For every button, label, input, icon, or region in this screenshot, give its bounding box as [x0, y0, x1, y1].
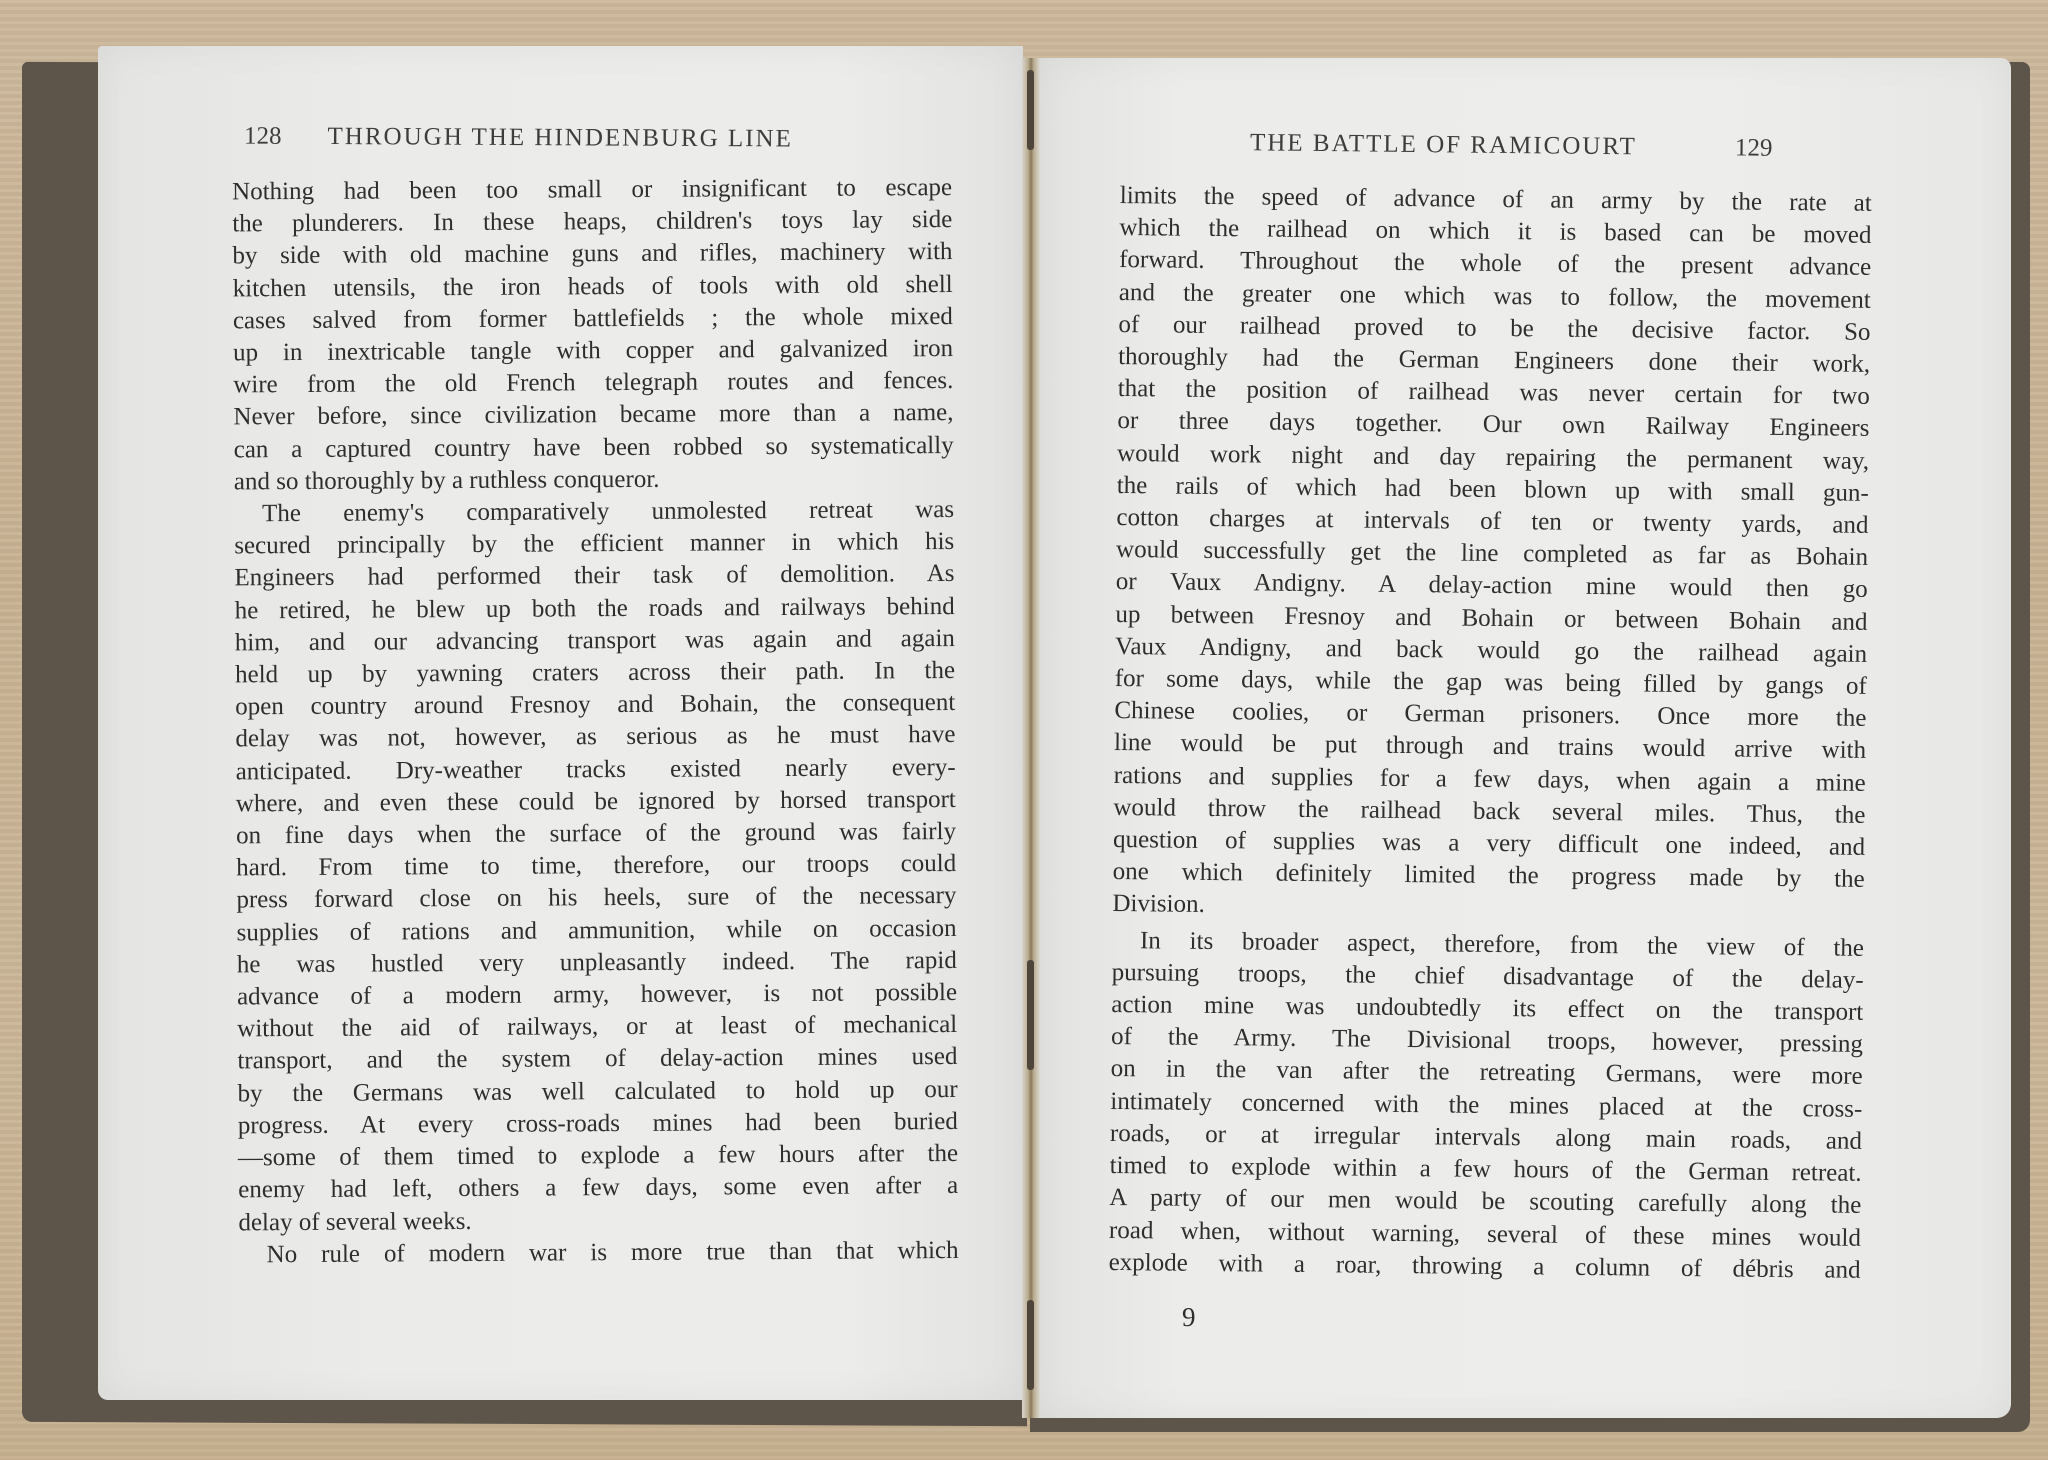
text-line: by the Germans was well calculated to ho…: [238, 1074, 958, 1111]
text-line: Nothing had been too small or insignific…: [232, 172, 952, 209]
left-page-body-text: Nothing had been too small or insignific…: [232, 172, 959, 1271]
text-line: enemy had left, others a few days, some …: [238, 1170, 958, 1207]
book-spine-gutter: [1022, 58, 1040, 1418]
text-line: by side with old machine guns and rifles…: [232, 236, 952, 273]
text-line: kitchen utensils, the iron heads of tool…: [233, 269, 953, 306]
text-line: Engineers had performed their task of de…: [234, 558, 954, 595]
paragraph-start-line: The enemy's comparatively unmolested ret…: [234, 494, 954, 531]
right-running-head: THE BATTLE OF RAMICOURT 129: [1250, 129, 1773, 162]
left-running-title: THROUGH THE HINDENBURG LINE: [327, 123, 792, 152]
text-line: the plunderers. In these heaps, children…: [232, 204, 952, 241]
text-line: progress. At every cross-roads mines had…: [238, 1106, 958, 1143]
text-line: where, and even these could be ignored b…: [236, 784, 956, 821]
text-line: cases salved from former battlefields ; …: [233, 301, 953, 338]
text-line: press forward close on his heels, sure o…: [236, 880, 956, 917]
text-line: delay of several weeks.: [238, 1202, 958, 1239]
text-line: on fine days when the surface of the gro…: [236, 816, 956, 853]
right-page-body-text: limits the speed of advance of an army b…: [1108, 180, 1871, 1287]
text-line: delay was not, however, as serious as he…: [235, 719, 955, 756]
gutter-stain: [1027, 1300, 1034, 1390]
right-page-number: 129: [1735, 134, 1773, 161]
text-line: —some of them timed to explode a few hou…: [238, 1138, 958, 1175]
text-line: anticipated. Dry-weather tracks existed …: [236, 752, 956, 789]
open-book: 128 THROUGH THE HINDENBURG LINE THE BATT…: [0, 0, 2048, 1460]
paragraph-start-line: No rule of modern war is more true than …: [239, 1235, 959, 1272]
text-line: up in inextricable tangle with copper an…: [233, 333, 953, 370]
text-line: advance of a modern army, however, is no…: [237, 977, 957, 1014]
left-page-number: 128: [244, 123, 282, 150]
text-line: open country around Fresnoy and Bohain, …: [235, 687, 955, 724]
gutter-stain: [1027, 70, 1034, 150]
text-line: hard. From time to time, therefore, our …: [236, 848, 956, 885]
text-line: can a captured country have been robbed …: [234, 430, 954, 467]
gutter-stain: [1027, 960, 1034, 1070]
right-running-title: THE BATTLE OF RAMICOURT: [1250, 129, 1637, 160]
text-line: held up by yawning craters across their …: [235, 655, 955, 692]
text-line: transport, and the system of delay-actio…: [237, 1041, 957, 1078]
text-line: Never before, since civilization became …: [233, 397, 953, 434]
text-line: he retired, he blew up both the roads an…: [235, 591, 955, 628]
signature-mark: 9: [1182, 1302, 1196, 1333]
text-line: without the aid of railways, or at least…: [237, 1009, 957, 1046]
text-line: wire from the old French telegraph route…: [233, 365, 953, 402]
text-line: and so thoroughly by a ruthless conquero…: [234, 462, 954, 499]
text-line: secured principally by the efficient man…: [234, 526, 954, 563]
text-line: him, and our advancing transport was aga…: [235, 623, 955, 660]
left-running-head: 128 THROUGH THE HINDENBURG LINE: [244, 123, 793, 154]
text-line: supplies of rations and ammunition, whil…: [237, 913, 957, 950]
text-line: he was hustled very unpleasantly indeed.…: [237, 945, 957, 982]
